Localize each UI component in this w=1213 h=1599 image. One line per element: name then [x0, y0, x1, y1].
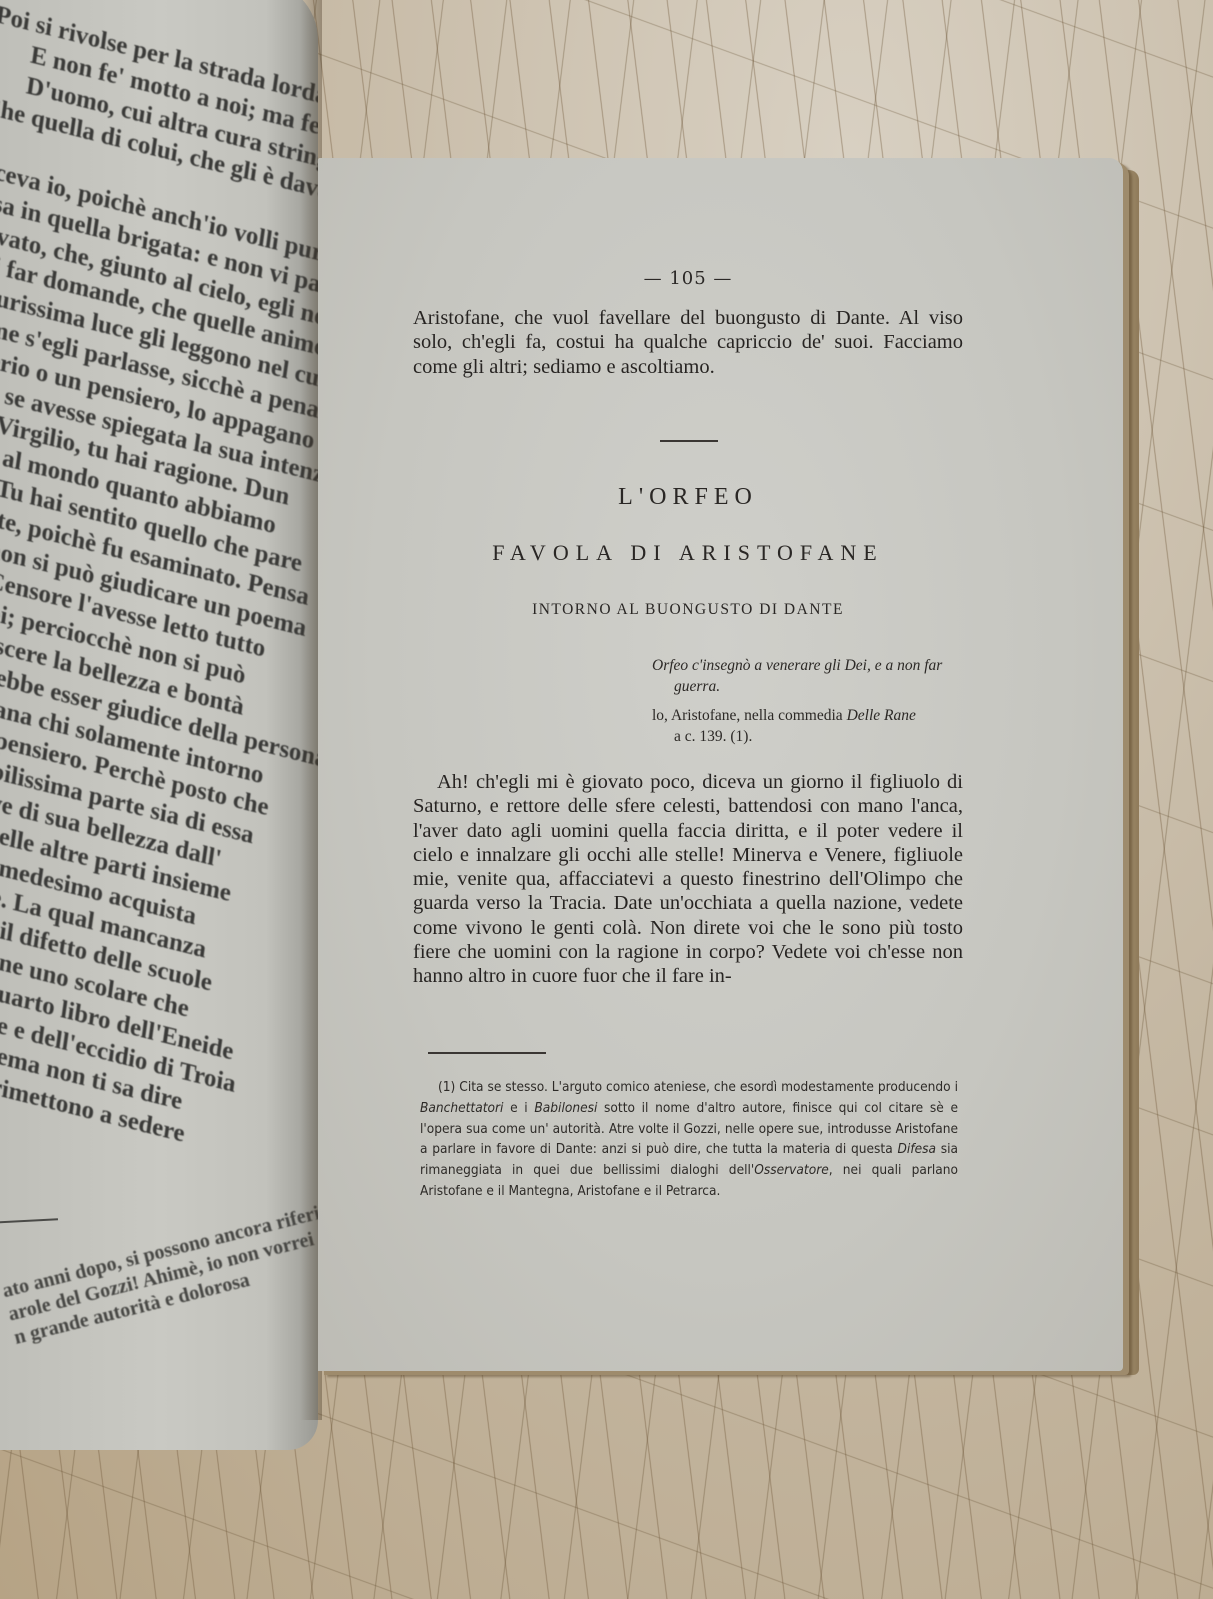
- body-paragraph: Ah! ch'egli mi è giovato poco, diceva un…: [413, 770, 963, 989]
- section-divider-rule: [660, 440, 718, 442]
- footnote-part-italic: Difesa: [897, 1141, 936, 1157]
- body-text: Ah! ch'egli mi è giovato poco, diceva un…: [413, 770, 963, 989]
- left-page-text: Poi si rivolse per la strada lorda, E no…: [0, 0, 318, 1194]
- footnote: (1) Cita se stesso. L'arguto comico aten…: [420, 1077, 958, 1202]
- epigraph-source-work: Delle Rane: [847, 707, 916, 724]
- left-footnote-rule: [0, 1218, 58, 1224]
- footnote-part-italic: Babilonesi: [534, 1100, 597, 1116]
- footnote-paragraph: (1) Cita se stesso. L'arguto comico aten…: [420, 1077, 958, 1202]
- chapter-title: L'ORFEO: [413, 484, 963, 511]
- footnote-part-italic: Banchettatori: [420, 1100, 503, 1116]
- chapter-subtitle: FAVOLA DI ARISTOFANE: [413, 540, 963, 566]
- chapter-subheading: INTORNO AL BUONGUSTO DI DANTE: [413, 601, 963, 619]
- epigraph-source: lo, Aristofane, nella commedia Delle Ran…: [652, 705, 962, 747]
- footnote-marker: (1): [438, 1079, 455, 1095]
- epigraph-quote: Orfeo c'insegnò a venerare gli Dei, e a …: [652, 655, 962, 697]
- epigraph-source-suffix: a c. 139. (1).: [674, 728, 752, 745]
- footnote-part-italic: Osservatore: [754, 1162, 828, 1178]
- opening-paragraph: Aristofane, che vuol favellare del buong…: [413, 306, 963, 379]
- footnote-rule: [428, 1052, 546, 1054]
- epigraph: Orfeo c'insegnò a venerare gli Dei, e a …: [652, 655, 962, 747]
- epigraph-source-prefix: lo, Aristofane, nella commedia: [652, 707, 847, 724]
- left-footnote: ato anni dopo, si possono ancora riferir…: [0, 1178, 318, 1349]
- footnote-part: Cita se stesso. L'arguto comico ateniese…: [459, 1079, 958, 1095]
- opening-paragraph-text: Aristofane, che vuol favellare del buong…: [413, 306, 963, 379]
- footnote-part: e i: [503, 1100, 534, 1116]
- page-number: — 105 —: [413, 268, 963, 289]
- left-page: Poi si rivolse per la strada lorda, E no…: [0, 0, 318, 1450]
